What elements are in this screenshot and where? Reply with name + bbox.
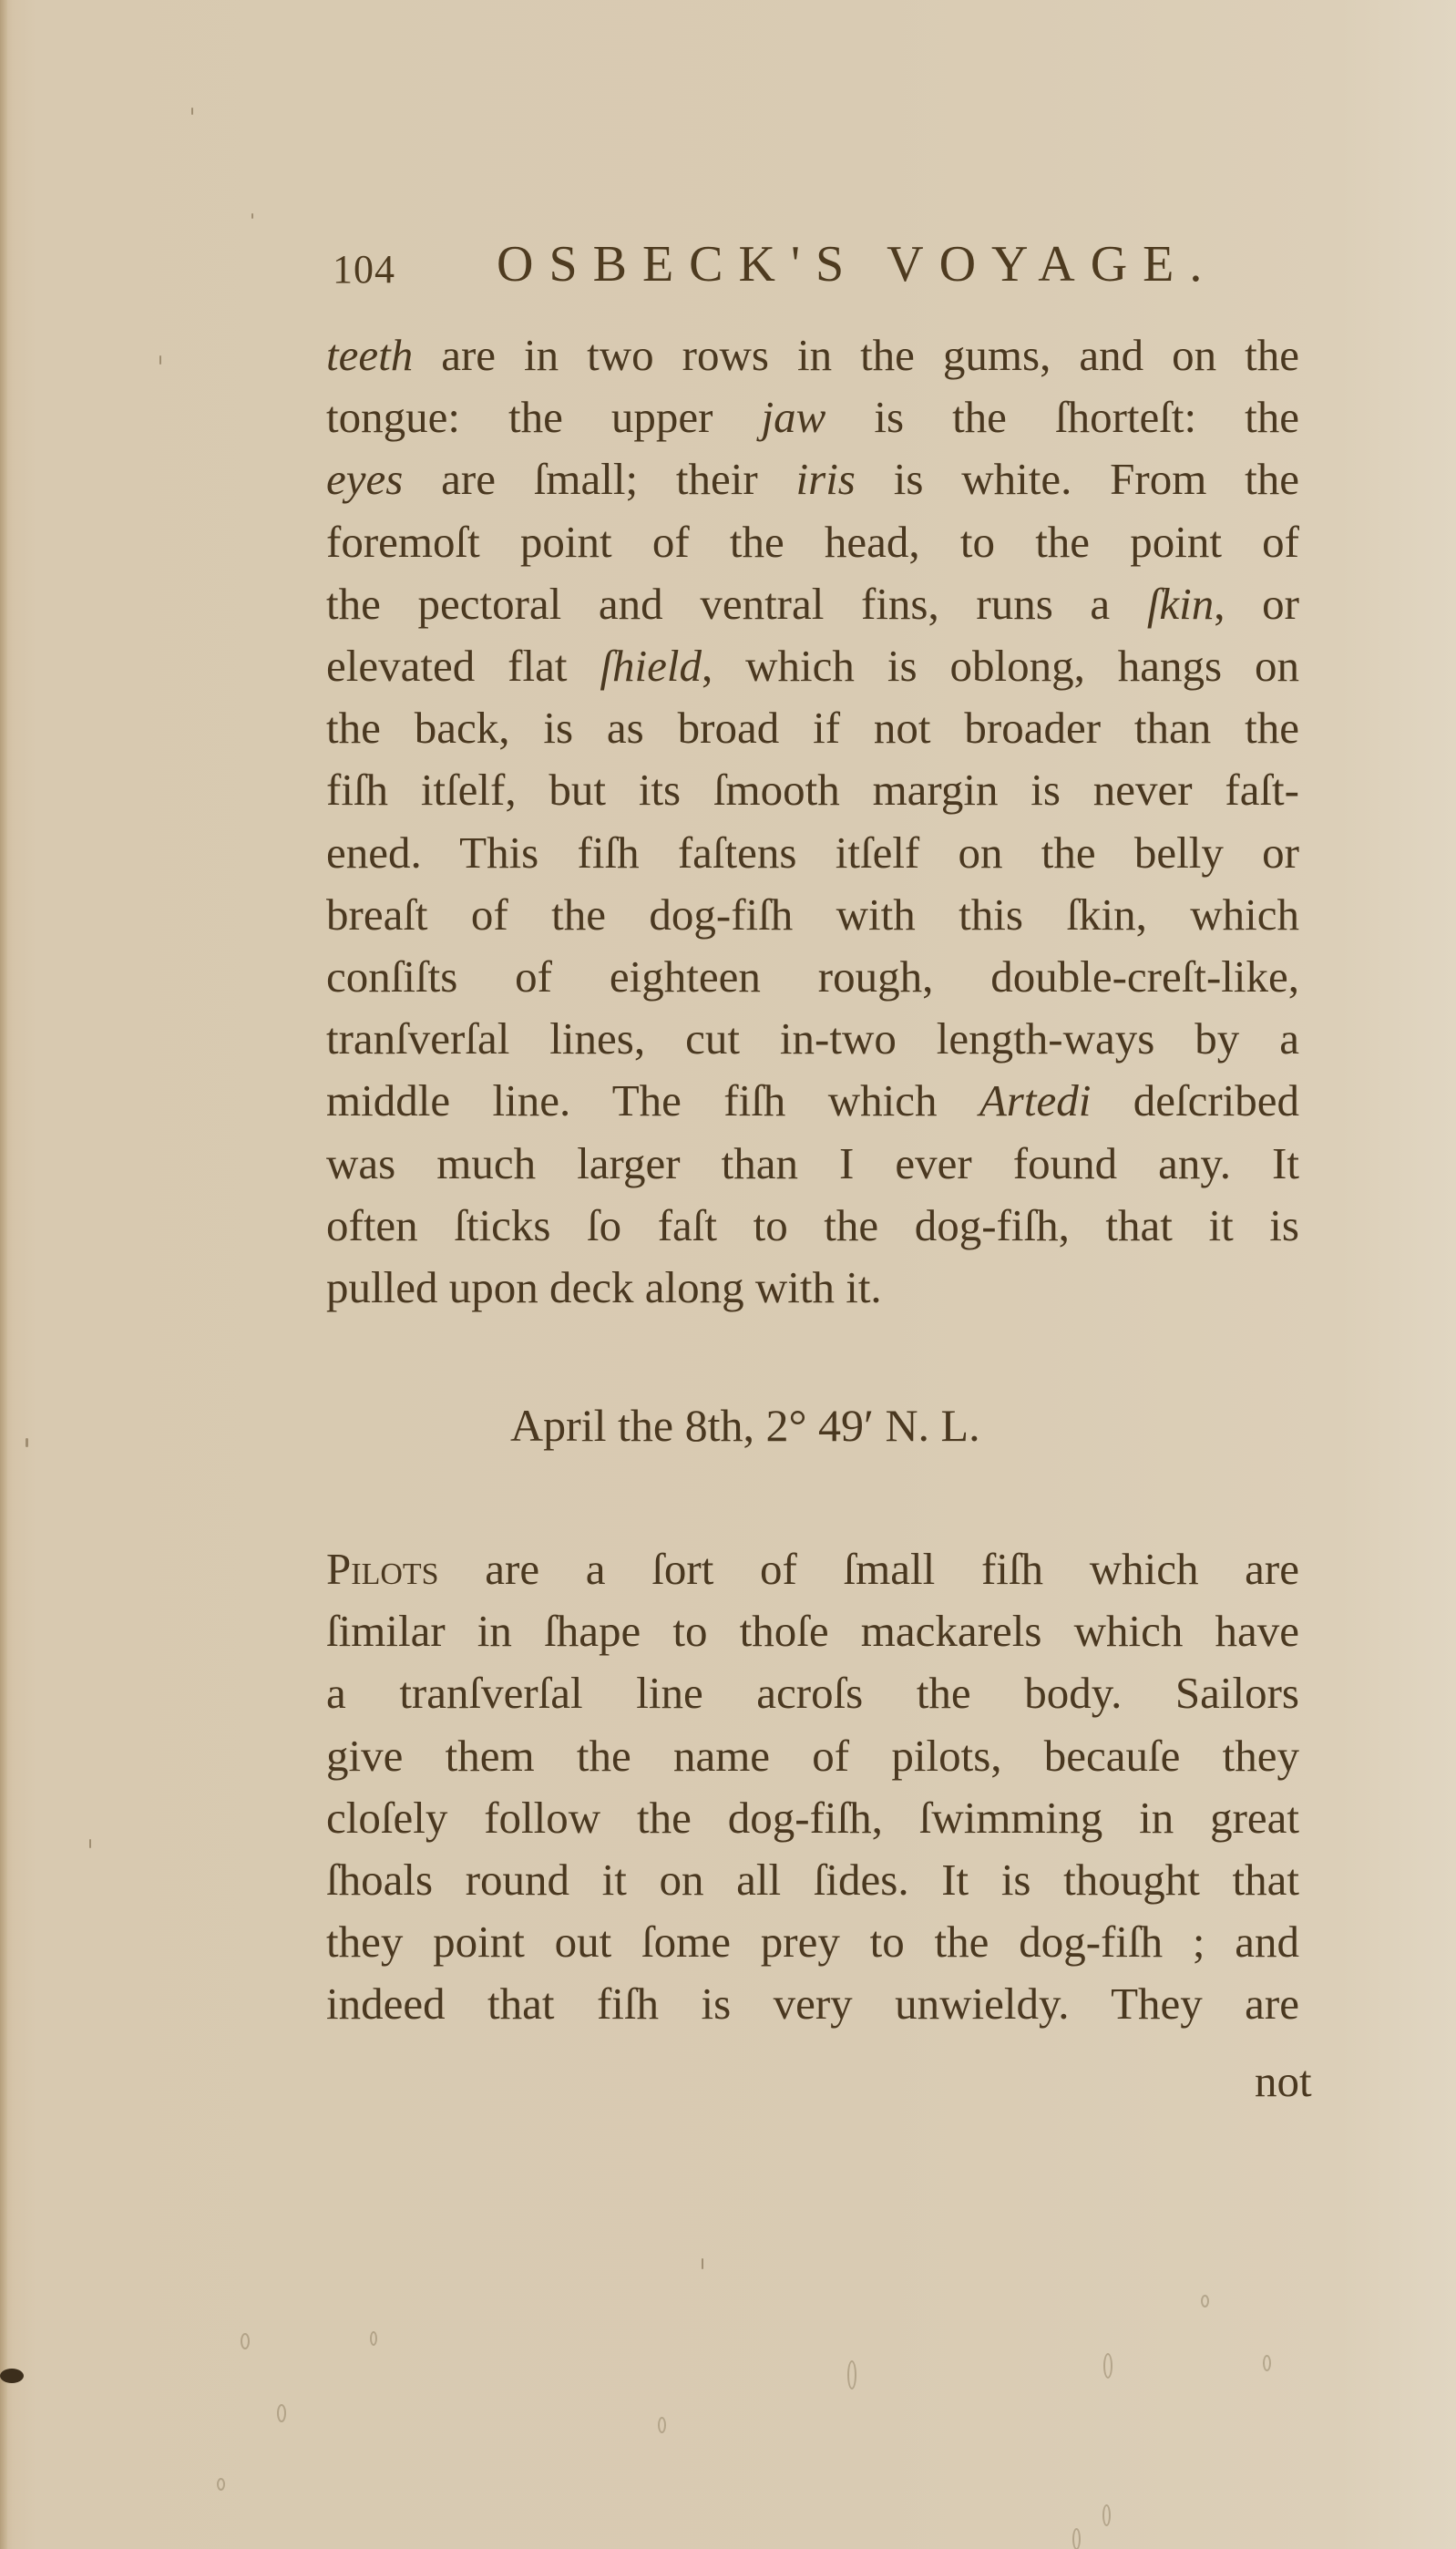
paper-speck [89,1839,91,1848]
paper-speck [159,355,161,365]
text-run: give them the name of pilots, becauſe th… [326,1731,1299,1781]
text-line: ened. This fiſh faſtens itſelf on the be… [326,822,1299,884]
text-run: is white. From the [856,454,1299,504]
text-line: cloſely follow the dog-fiſh, ſwimming in… [326,1787,1299,1849]
italic-term: Artedi [979,1075,1091,1125]
page-gutter-edge [0,0,7,2549]
text-run: , which is oblong, hangs on [702,641,1299,691]
paper-speck [702,2258,703,2269]
text-line: breaſt of the dog-fiſh with this ſkin, w… [326,884,1299,946]
text-run: deſcribed [1091,1075,1299,1125]
paper-blemish [241,2333,250,2349]
paper-blemish [1072,2528,1081,2549]
text-line: teeth are in two rows in the gums, and o… [326,324,1299,386]
text-run: fiſh itſelf, but its ſmooth margin is ne… [326,765,1299,815]
paper-blemish [370,2331,377,2346]
paper-blemish [1103,2353,1113,2379]
text-run: conſiſts of eighteen rough, double-creſt… [326,951,1299,1002]
paper-speck [26,1438,28,1447]
text-run: is the ſhorteſt: the [825,392,1299,442]
text-run: was much larger than I ever found any. I… [326,1138,1299,1188]
text-line: elevated flat ſhield, which is oblong, h… [326,635,1299,697]
text-run: often ſticks ſo faſt to the dog-fiſh, th… [326,1200,1299,1250]
text-line: fiſh itſelf, but its ſmooth margin is ne… [326,759,1299,821]
text-line: eyes are ſmall; their iris is white. Fro… [326,448,1299,510]
text-run: tongue: the upper [326,392,762,442]
paper-blemish [1102,2504,1111,2526]
text-run: , or [1214,579,1299,629]
paper-speck [251,213,253,219]
text-line: a tranſverſal line acroſs the body. Sail… [326,1662,1299,1724]
running-header: 104 OSBECK'S VOYAGE. [333,235,1289,308]
text-line: foremoſt point of the head, to the point… [326,511,1299,573]
text-run: they point out ſome prey to the dog-fiſh… [326,1917,1299,1967]
text-run: Pilots [326,1544,439,1594]
text-line: the pectoral and ventral fins, runs a ſk… [326,573,1299,635]
text-run: elevated flat [326,641,600,691]
text-run: indeed that fiſh is very unwieldy. They … [326,1979,1299,2029]
text-run: breaſt of the dog-fiſh with this ſkin, w… [326,889,1299,940]
text-line: tranſverſal lines, cut in-two length-way… [326,1008,1299,1070]
paper-blemish [217,2478,225,2491]
date-heading: April the 8th, 2° 49′ N. L. [510,1399,980,1452]
paper-blemish [1263,2355,1271,2371]
text-run: ened. This fiſh faſtens itſelf on the be… [326,827,1299,878]
text-run: are in two rows in the gums, and on the [413,330,1299,380]
text-run: pulled upon deck along with it. [326,1262,882,1312]
text-line: indeed that fiſh is very unwieldy. They … [326,1973,1299,2035]
text-line: pulled upon deck along with it. [326,1257,1299,1319]
text-line: conſiſts of eighteen rough, double-creſt… [326,946,1299,1008]
text-line: often ſticks ſo faſt to the dog-fiſh, th… [326,1195,1299,1257]
text-run: ſhoals round it on all ſides. It is thou… [326,1855,1299,1905]
running-title: OSBECK'S VOYAGE. [497,235,1217,293]
text-line: ſimilar in ſhape to thoſe mackarels whic… [326,1600,1299,1662]
text-run: cloſely follow the dog-fiſh, ſwimming in… [326,1793,1299,1843]
text-line: give them the name of pilots, becauſe th… [326,1725,1299,1787]
text-run: middle line. The fiſh which [326,1075,979,1125]
text-run: foremoſt point of the head, to the point… [326,517,1299,567]
ink-blot [0,2369,24,2383]
text-run: tranſverſal lines, cut in-two length-way… [326,1013,1299,1064]
paper-blemish [658,2417,666,2433]
italic-term: ſkin [1147,579,1214,629]
text-line: the back, is as broad if not broader tha… [326,697,1299,759]
book-page: 104 OSBECK'S VOYAGE. teeth are in two ro… [0,0,1456,2549]
text-line: ſhoals round it on all ſides. It is thou… [326,1849,1299,1911]
paper-speck [191,108,193,115]
text-run: the pectoral and ventral fins, runs a [326,579,1147,629]
text-line: Pilots are a ſort of ſmall fiſh which ar… [326,1538,1299,1600]
text-run: a tranſverſal line acroſs the body. Sail… [326,1668,1299,1718]
text-run: ſimilar in ſhape to thoſe mackarels whic… [326,1606,1299,1656]
italic-term: jaw [762,392,826,442]
paragraph-pilots: Pilots are a ſort of ſmall fiſh which ar… [326,1538,1299,2036]
italic-term: teeth [326,330,413,380]
text-line: was much larger than I ever found any. I… [326,1133,1299,1195]
text-line: middle line. The fiſh which Artedi deſcr… [326,1070,1299,1132]
text-line: tongue: the upper jaw is the ſhorteſt: t… [326,386,1299,448]
italic-term: iris [796,454,856,504]
italic-term: eyes [326,454,403,504]
page-number: 104 [333,246,395,293]
paper-blemish [1201,2295,1209,2307]
paper-blemish [847,2360,856,2390]
paper-blemish [277,2404,286,2422]
paragraph-dog-fish-sucker: teeth are in two rows in the gums, and o… [326,324,1299,1319]
italic-term: ſhield [600,641,702,691]
text-run: are a ſort of ſmall fiſh which are [439,1544,1299,1594]
text-run: the back, is as broad if not broader tha… [326,703,1299,753]
text-line: they point out ſome prey to the dog-fiſh… [326,1911,1299,1973]
text-run: are ſmall; their [403,454,795,504]
catchword: not [1255,2055,1312,2107]
